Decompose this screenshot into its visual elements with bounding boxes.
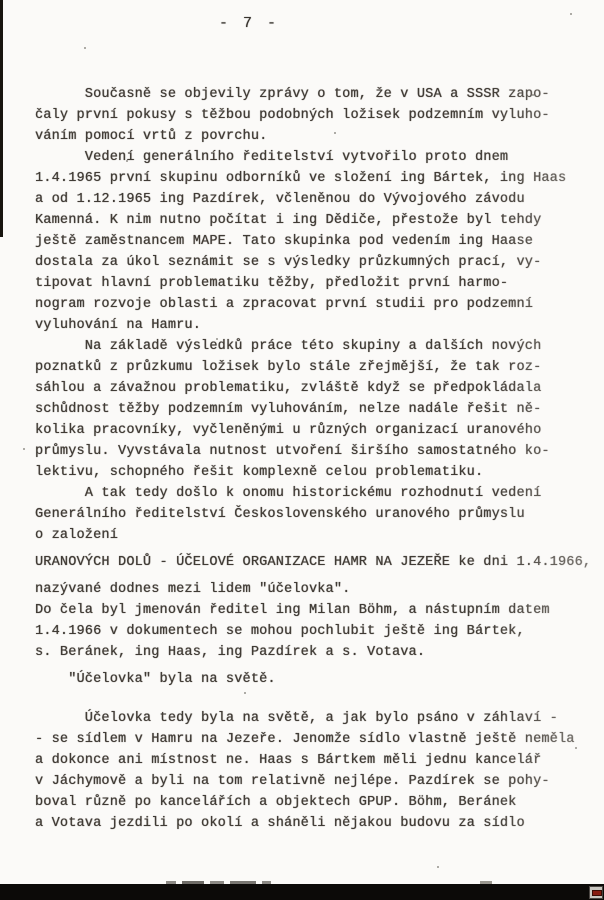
text-line: vyluhování na Hamru. — [35, 315, 587, 336]
scan-speck — [570, 13, 572, 15]
text-line: Současně se objevily zprávy o tom, že v … — [35, 84, 587, 105]
paragraph-findings: Na základě výsledků práce této skupiny a… — [35, 336, 587, 483]
broken-image-icon-mark — [592, 890, 602, 896]
paragraph-working-group: Vedení generálního ředitelství vytvořilo… — [35, 147, 587, 336]
text-line: průmyslu. Vyvstávala nutnost utvoření ši… — [35, 441, 587, 462]
text-line: Na základě výsledků práce této skupiny a… — [35, 336, 587, 357]
scan-notch — [166, 881, 176, 884]
text-line: lektivu, schopného řešit komplexně celou… — [35, 462, 587, 483]
scan-speck — [244, 692, 246, 694]
text-line: tipovat hlavní problematiku těžby, předl… — [35, 273, 587, 294]
text-line: a Votava jezdili po okolí a sháněli něja… — [35, 813, 587, 834]
text-line: sáhlou a závažnou problematiku, zvláště … — [35, 378, 587, 399]
text-line: boval různě po kancelářích a objektech G… — [35, 792, 587, 813]
scan-notch — [210, 881, 224, 884]
paragraph-no-seat: Účelovka tedy byla na světě, a jak bylo … — [35, 708, 587, 834]
scan-speck — [216, 338, 218, 340]
text-line: URANOVÝCH DOLŮ - ÚČELOVÉ ORGANIZACE HAMR… — [35, 552, 587, 573]
heading-organization: URANOVÝCH DOLŮ - ÚČELOVÉ ORGANIZACE HAMR… — [35, 552, 587, 573]
text-line: 1.4.1966 v dokumentech se mohou pochlubi… — [35, 621, 587, 642]
scan-notch — [262, 881, 271, 884]
text-line: Vedení generálního ředitelství vytvořilo… — [35, 147, 587, 168]
text-line: nogram rozvoje oblasti a zpracovat první… — [35, 294, 587, 315]
text-line: o založení — [35, 525, 587, 546]
text-line: Generálního ředitelství Československého… — [35, 504, 587, 525]
scan-speck — [84, 47, 86, 49]
scan-speck — [23, 448, 25, 450]
scan-black-bar — [0, 884, 604, 900]
text-line: Do čela byl jmenován ředitel ing Milan B… — [35, 600, 587, 621]
text-line: v Jáchymově a byli na tom relativně nejl… — [35, 771, 587, 792]
text-line: ještě zaměstnancem MAPE. Tato skupinka p… — [35, 231, 587, 252]
scan-notch — [230, 881, 256, 884]
text-line: - se sídlem v Hamru na Jezeře. Jenomže s… — [35, 729, 587, 750]
text-line: čaly první pokusy s těžbou podobných lož… — [35, 105, 587, 126]
scan-speck — [532, 94, 534, 96]
scan-speck — [575, 747, 577, 749]
scanned-page: - 7 - Současně se objevily zprávy o tom,… — [0, 0, 604, 900]
text-line: "Účelovka" byla na světě. — [35, 669, 587, 690]
scan-edge-strip — [0, 0, 3, 237]
scan-speck — [437, 866, 439, 868]
text-line: dostala za úkol seznámit se s výsledky p… — [35, 252, 587, 273]
text-line: kolika pracovníky, vyčleněnými u různých… — [35, 420, 587, 441]
text-line: s. Beránek, ing Haas, ing Pazdírek a s. … — [35, 642, 587, 663]
document-body: Současně se objevily zprávy o tom, že v … — [35, 84, 587, 834]
paragraph-decision: A tak tedy došlo k onomu historickému ro… — [35, 483, 587, 546]
paragraph-staff: nazývané dodnes mezi lidem "účelovka".Do… — [35, 579, 587, 663]
text-line: schůdnost těžby podzemním vyluhováním, n… — [35, 399, 587, 420]
scan-notch — [480, 881, 492, 884]
text-line: A tak tedy došlo k onomu historickému ro… — [35, 483, 587, 504]
text-line: Účelovka tedy byla na světě, a jak bylo … — [35, 708, 587, 729]
text-line: Kamenná. K nim nutno počítat i ing Dědič… — [35, 210, 587, 231]
text-line: 1.4.1965 první skupinu odborníků ve slož… — [35, 168, 587, 189]
broken-image-icon — [589, 886, 603, 899]
text-line: váním pomocí vrtů z povrchu. — [35, 126, 587, 147]
paragraph-intro: Současně se objevily zprávy o tom, že v … — [35, 84, 587, 147]
scan-speck — [126, 160, 128, 162]
paragraph-born: "Účelovka" byla na světě. — [35, 669, 587, 690]
page-number: - 7 - — [219, 15, 279, 32]
scan-speck — [334, 132, 336, 134]
text-line: a od 1.12.1965 ing Pazdírek, včleněnou d… — [35, 189, 587, 210]
text-line: nazývané dodnes mezi lidem "účelovka". — [35, 579, 587, 600]
text-line: poznatků z průzkumu ložisek bylo stále z… — [35, 357, 587, 378]
scan-notch — [182, 881, 204, 884]
text-line: a dokonce ani místnost ne. Haas s Bártke… — [35, 750, 587, 771]
